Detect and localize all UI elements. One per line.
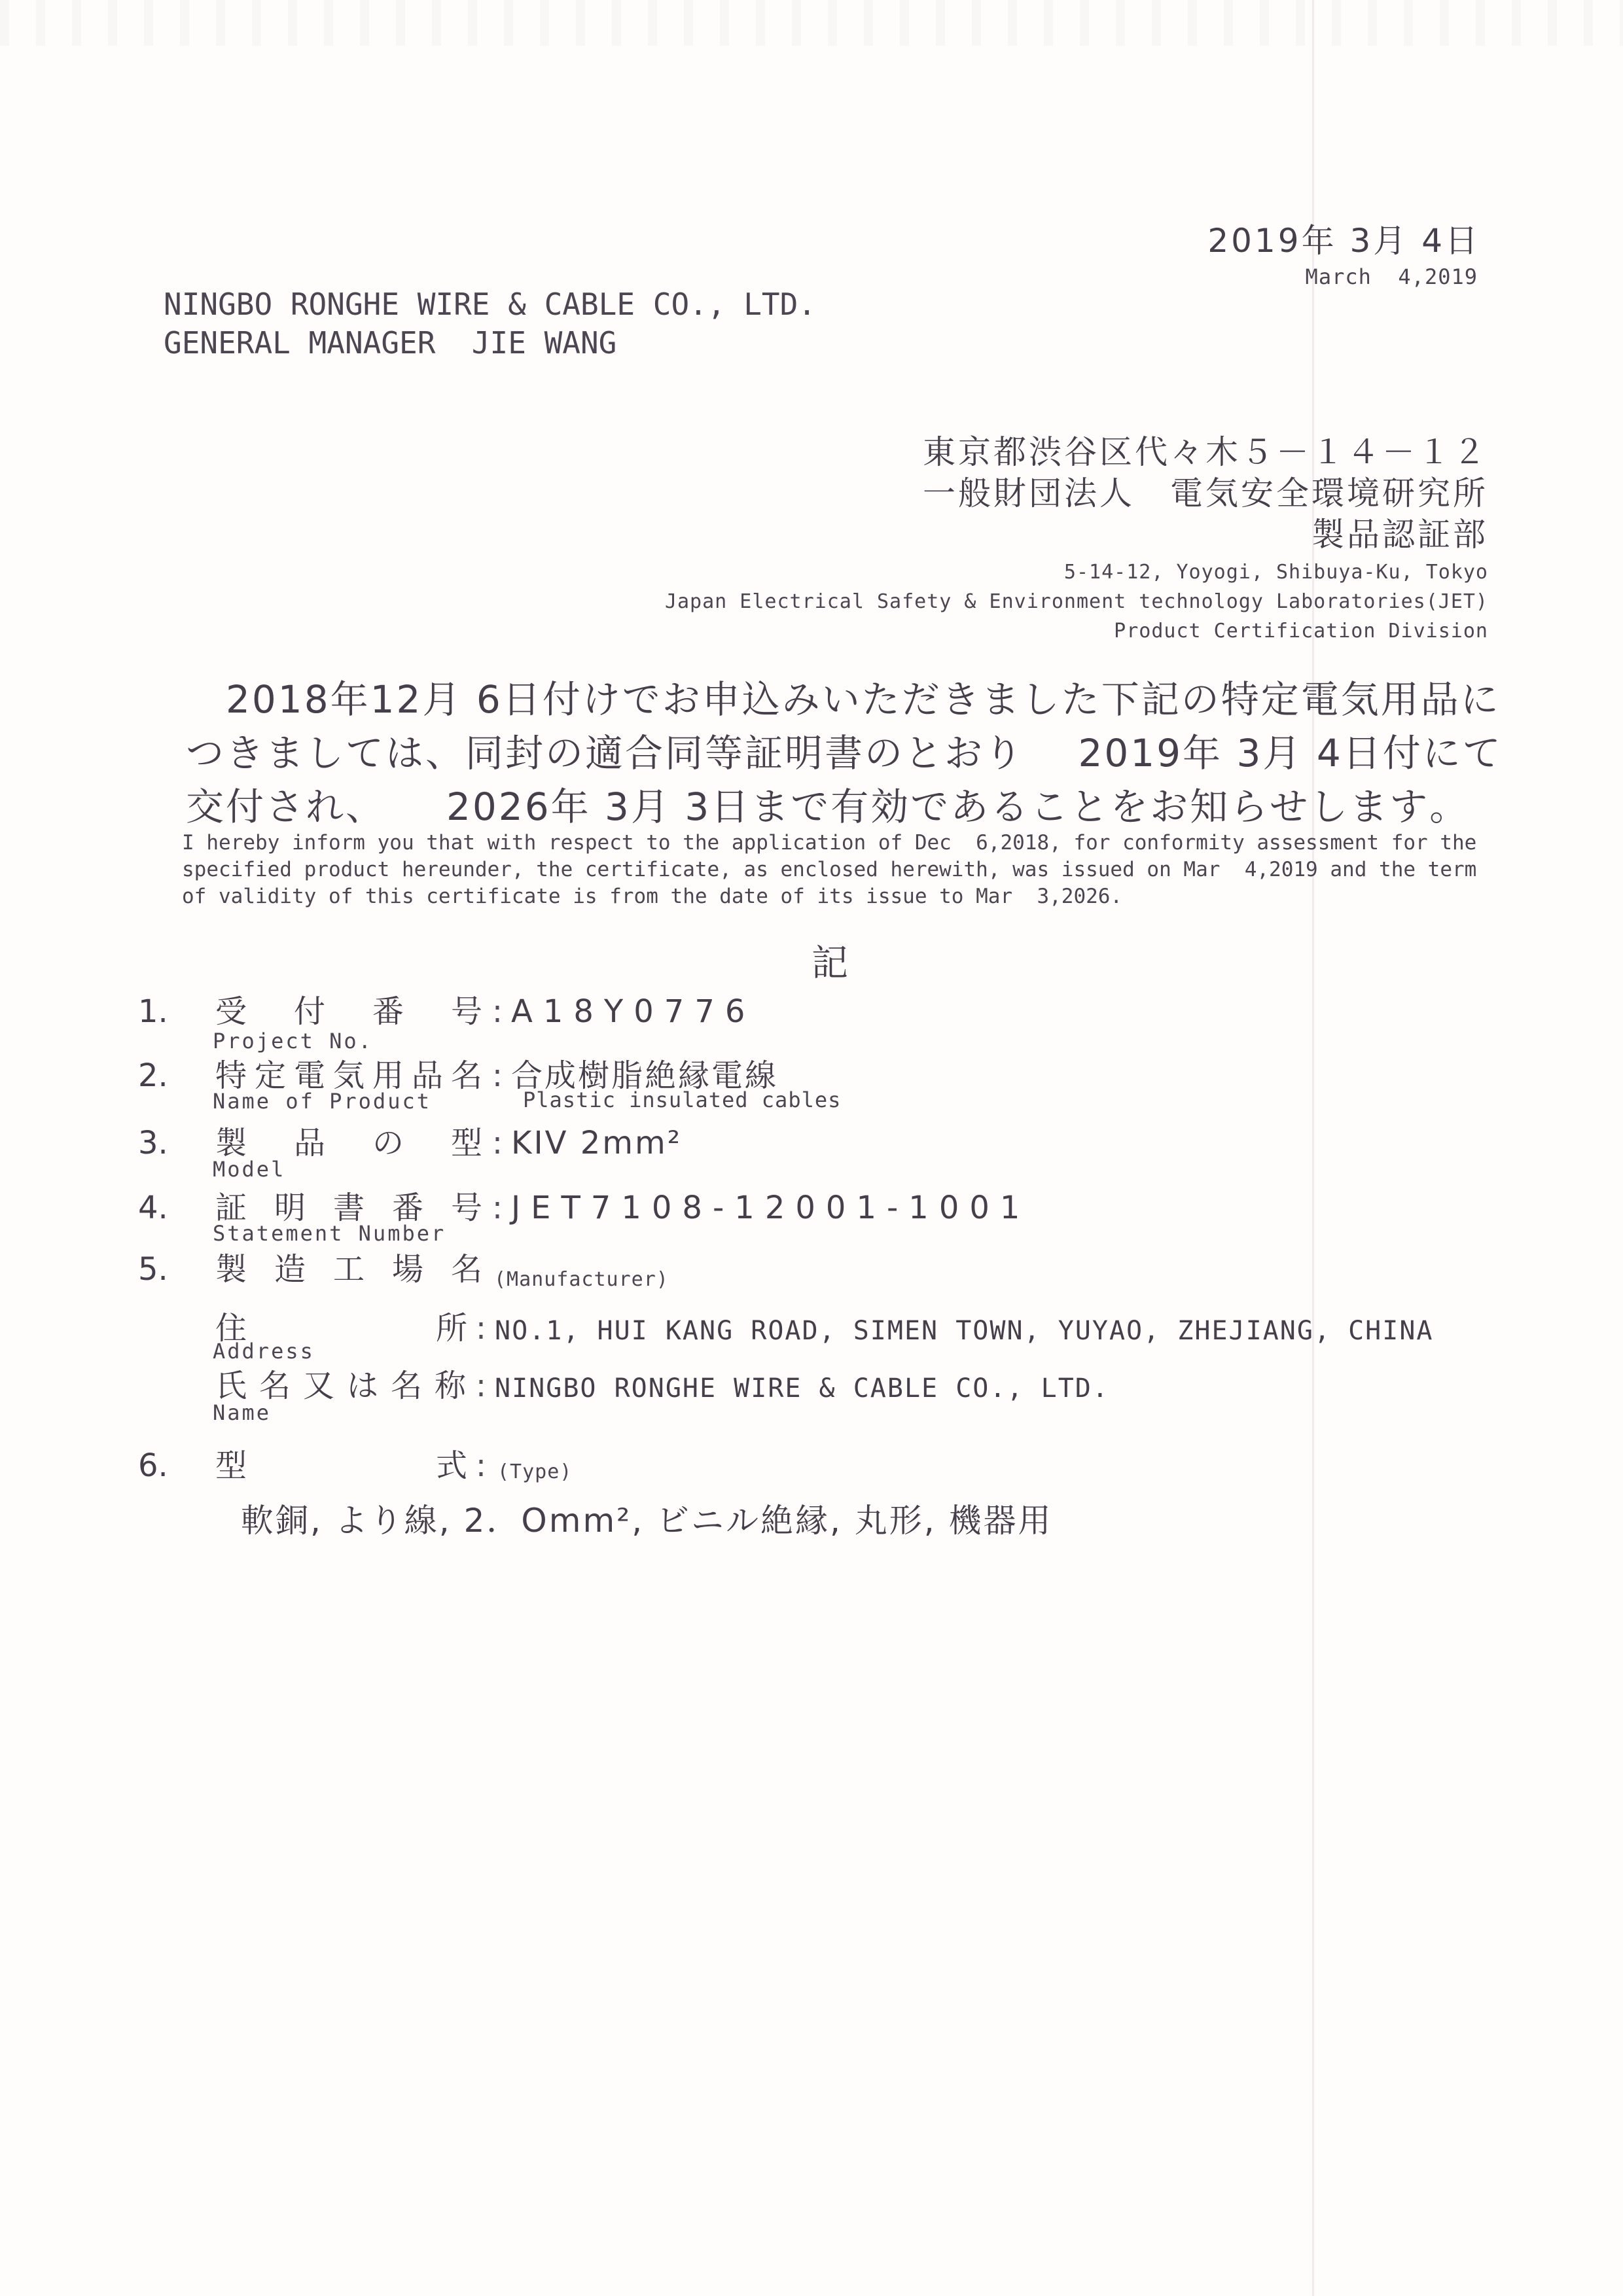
statement-number-value: JET7108-12001-1001 xyxy=(511,1190,1030,1226)
item-colon: : xyxy=(484,1190,511,1226)
item-number: 4. xyxy=(138,1190,215,1226)
type-label-left: 型 xyxy=(215,1447,247,1484)
item-number: 1. xyxy=(138,993,215,1030)
issuer-org-jp: 一般財団法人 電気安全環境研究所 xyxy=(923,473,1488,514)
item-colon: : xyxy=(467,1368,495,1404)
project-no-value: A18Y0776 xyxy=(511,993,755,1030)
type-label-jp: 型 式 xyxy=(215,1447,467,1484)
body-en-line: specified product hereunder, the certifi… xyxy=(182,857,1476,883)
model-value: KIV 2mm² xyxy=(511,1125,682,1161)
section-heading-ki: 記 xyxy=(811,934,848,987)
item-number: 3. xyxy=(138,1125,215,1161)
type-paren-label: (Type) xyxy=(497,1454,572,1491)
item-row-model: 3. 製品の型 : KIV 2mm² xyxy=(138,1125,682,1161)
item-sublabel-en: Model xyxy=(213,1157,285,1182)
item-colon: : xyxy=(467,1310,495,1347)
recipient-company: NINGBO RONGHE WIRE & CABLE CO., LTD. xyxy=(164,285,816,324)
issue-date-jp: 2019年 3月 4日 xyxy=(1207,215,1480,262)
item-sublabel-en: Project No. xyxy=(213,1029,373,1053)
certificate-letter-page: 2019年 3月 4日 March 4,2019 NINGBO RONGHE W… xyxy=(0,0,1623,2296)
manufacturer-address-value: NO.1, HUI KANG ROAD, SIMEN TOWN, YUYAO, … xyxy=(495,1313,1434,1349)
issuer-block-jp: 東京都渋谷区代々木５－１４－１２ 一般財団法人 電気安全環境研究所 製品認証部 xyxy=(923,432,1488,556)
issuer-address-jp: 東京都渋谷区代々木５－１４－１２ xyxy=(923,432,1488,473)
item-label-jp: 受付番号 xyxy=(215,993,484,1030)
issuer-block-en: 5-14-12, Yoyogi, Shibuya-Ku, Tokyo Japan… xyxy=(665,557,1488,646)
item-label-jp: 製品の型 xyxy=(215,1125,484,1161)
body-paragraph-jp: 2018年12月 6日付けでお申込みいただきました下記の特定電気用品に つきまし… xyxy=(186,673,1503,834)
item-label-jp: 製造工場名 xyxy=(215,1251,484,1288)
item-number: 5. xyxy=(138,1251,215,1288)
address-label-right: 所 xyxy=(436,1310,467,1347)
item-row-type: 6. 型 式 : (Type) xyxy=(138,1447,572,1491)
recipient-contact: GENERAL MANAGER JIE WANG xyxy=(164,324,816,362)
manufacturer-paren-label: (Manufacturer) xyxy=(494,1262,669,1298)
type-label-right: 式 xyxy=(436,1447,467,1484)
issuer-division-jp: 製品認証部 xyxy=(923,514,1488,556)
body-jp-line: 2018年12月 6日付けでお申込みいただきました下記の特定電気用品に xyxy=(186,673,1503,726)
manufacturer-name-row: 氏名又は名称 : NINGBO RONGHE WIRE & CABLE CO.,… xyxy=(138,1368,1109,1407)
issuer-address-en: 5-14-12, Yoyogi, Shibuya-Ku, Tokyo xyxy=(665,557,1488,587)
scan-artifact-line xyxy=(1312,0,1314,2296)
item-colon: : xyxy=(484,1057,511,1094)
item-sublabel-en: Address xyxy=(213,1339,315,1364)
issuer-division-en: Product Certification Division xyxy=(665,616,1488,646)
item-colon: : xyxy=(467,1447,495,1484)
type-spec-value: 軟銅, より線, 2．Omm², ビニル絶縁, 丸形, 機器用 xyxy=(241,1494,1053,1542)
product-name-value-en: Plastic insulated cables xyxy=(523,1087,841,1112)
item-colon: : xyxy=(484,993,511,1030)
issue-date-en: March 4,2019 xyxy=(1306,264,1478,289)
body-paragraph-en: I hereby inform you that with respect to… xyxy=(182,830,1476,910)
body-en-line: I hereby inform you that with respect to… xyxy=(182,830,1476,857)
body-jp-line: 交付され、 2026年 3月 3日まで有効であることをお知らせします。 xyxy=(186,780,1503,834)
recipient-block: NINGBO RONGHE WIRE & CABLE CO., LTD. GEN… xyxy=(164,285,816,362)
scan-noise-top xyxy=(0,0,1623,46)
item-number-spacer xyxy=(138,1368,215,1404)
item-sublabel-en: Statement Number xyxy=(213,1221,446,1246)
manufacturer-address-row: 住 所 : NO.1, HUI KANG ROAD, SIMEN TOWN, Y… xyxy=(138,1310,1434,1349)
body-jp-line: つきましては、同封の適合同等証明書のとおり 2019年 3月 4日付にて xyxy=(186,726,1503,780)
item-row-manufacturer: 5. 製造工場名 (Manufacturer) xyxy=(138,1251,669,1298)
item-sublabel-en: Name xyxy=(213,1400,271,1425)
name-label-jp: 氏名又は名称 xyxy=(215,1368,467,1404)
issuer-org-en: Japan Electrical Safety & Environment te… xyxy=(665,587,1488,616)
item-colon: : xyxy=(484,1125,511,1161)
item-number-spacer xyxy=(138,1310,215,1347)
item-number: 6. xyxy=(138,1447,215,1484)
item-number: 2. xyxy=(138,1057,215,1094)
item-row-project-no: 1. 受付番号 : A18Y0776 xyxy=(138,993,755,1030)
manufacturer-name-value: NINGBO RONGHE WIRE & CABLE CO., LTD. xyxy=(495,1370,1109,1407)
body-en-line: of validity of this certificate is from … xyxy=(182,883,1476,910)
item-sublabel-en: Name of Product xyxy=(213,1089,431,1114)
